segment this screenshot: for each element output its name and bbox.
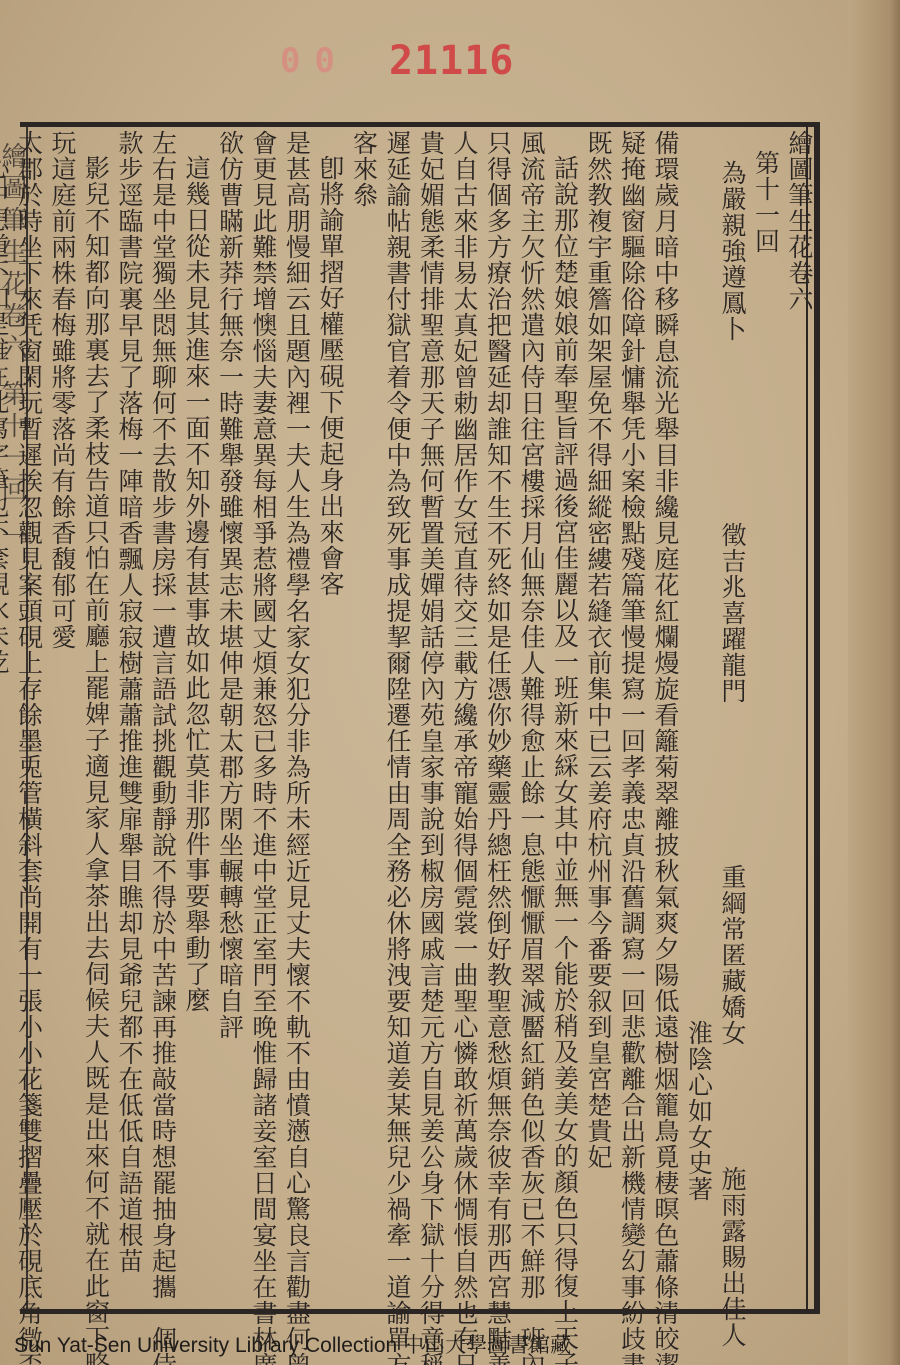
text-column: 客來叅 (347, 130, 381, 1306)
text-column: 太郡於時坐下來凭窗閑玩暫遲挨忽觀見案頭硯上存餘墨兎管橫斜套尚開有一張小小花箋雙摺… (12, 130, 46, 1306)
text-column: 這幾日從未見其進來一面不知外邊有甚事故如此忽忙莫非那件事要舉動了麼 (180, 130, 214, 1306)
text-column: 影兒不知都向那裏去了柔枝告道只怕在前廳上罷婢子適見家人拿茶出去伺候夫人既是出來何… (79, 130, 113, 1306)
couplet-line: 徵吉兆喜躍龍門 (716, 522, 750, 704)
library-stamp: 0 0 21116 (280, 38, 514, 84)
book-title: 繪圖筆生花卷六 (783, 130, 817, 1306)
author-credit: 淮陰心如女史著 (682, 130, 716, 1306)
text-column: 款步逕臨書院裏早見了落梅一陣暗香飄人寂寂樹蕭蕭推進雙扉舉目瞧却見爺兒都不在低低自… (113, 130, 147, 1306)
chapter-number: 第十一回 (749, 130, 783, 1306)
text-column: 玩這庭前兩株春梅雖將零落尚有餘香馥郁可愛 (46, 130, 80, 1306)
text-column: 是甚高朋慢細云且題內裡一夫人生為禮學名家女犯分非為所未經近見丈夫懷不軌不由憤懣自… (280, 130, 314, 1306)
text-column: 只得個多方療治把醫延却誰知不生不死終如是任憑你妙藥靈丹總枉然倒好教聖意愁煩無奈彼… (481, 130, 515, 1306)
text-column: 風流帝主欠忻然遣內侍日往宮樓採月仙無奈佳人難得愈止餘一息態懨懨眉翠減靨紅銷色似香… (515, 130, 549, 1306)
stamp-faint-digit: 0 (280, 41, 300, 81)
couplet-line: 重綱常匿藏嬌女 (716, 864, 750, 1046)
page-edge (848, 0, 900, 1365)
text-column: 卽將諭單摺好權壓硯下便起身出來會客 (314, 130, 348, 1306)
text-column: 左右是中堂獨坐悶無聊何不去散步書房採一遭言語試挑觀動靜說不得於中苦諫再推敲當時想… (146, 130, 180, 1306)
stamp-faint-digit: 0 (314, 41, 334, 81)
text-column: 欲仿曹瞞新莽行無奈一時難舉發雖懷異志未堪伸是朝太郡方閑坐輾轉愁懷暗自評 (213, 130, 247, 1306)
couplet-line: 為嚴親強遵鳳卜 (716, 160, 750, 342)
vertical-text-body: 繪圖筆生花卷六 第十一回 為嚴親強遵鳳卜徵吉兆喜躍龍門重綱常匿藏嬌女施雨露賜出佳… (30, 130, 816, 1306)
text-column: 既然教複宇重簷如架屋免不得細縱密縷若縫衣前集中已云姜府杭州事今番要叙到皇宮楚貴妃 (582, 130, 616, 1306)
text-column: 備環歲月暗中移瞬息流光舉目非纔見庭花紅爛熳旋看籬菊翠離披秋氣爽夕陽低遠樹烟籠鳥覓… (649, 130, 683, 1306)
collection-credit: Sun Yat-Sen University Library Collectio… (14, 1329, 571, 1359)
chapter-couplet: 為嚴親強遵鳳卜徵吉兆喜躍龍門重綱常匿藏嬌女施雨露賜出佳人 (716, 130, 750, 1306)
text-column: 人自古來非易太真妃曾勅幽居作女冠直待交三載方纔承帝寵始得個霓裳一曲聖心憐敢祈萬歲… (448, 130, 482, 1306)
text-column: 心中想道不知是誰在此寫字筆也不套硯水未乾 (0, 130, 12, 1306)
text-column: 疑掩幽窗驅除俗障針慵舉凭小案檢點殘篇筆慢提寫一回孝義忠貞沿舊調寫一回悲歡離合出新… (615, 130, 649, 1306)
stamp-number: 21116 (389, 38, 514, 84)
couplet-line: 施雨露賜出佳人 (716, 1166, 750, 1348)
text-column: 遲延諭帖親書付獄官着令便中為致死事成提挈爾陞遷任情由周全務必休將洩要知道姜某無兒… (381, 130, 415, 1306)
text-column: 話說那位楚娘娘前奉聖旨評過後宮佳麗以及一班新來綵女其中並無一个能於稍及姜美女的顏… (548, 130, 582, 1306)
text-column: 會更見此難禁增懊惱夫妻意異每相爭惹將國丈煩兼怒已多時不進中堂正室門至晚惟歸諸妾室… (247, 130, 281, 1306)
text-column: 貴妃媚態柔情排聖意那天子無何暫置美嬋娟話停內苑皇家事說到椒房國戚言楚元方自見姜公… (414, 130, 448, 1306)
